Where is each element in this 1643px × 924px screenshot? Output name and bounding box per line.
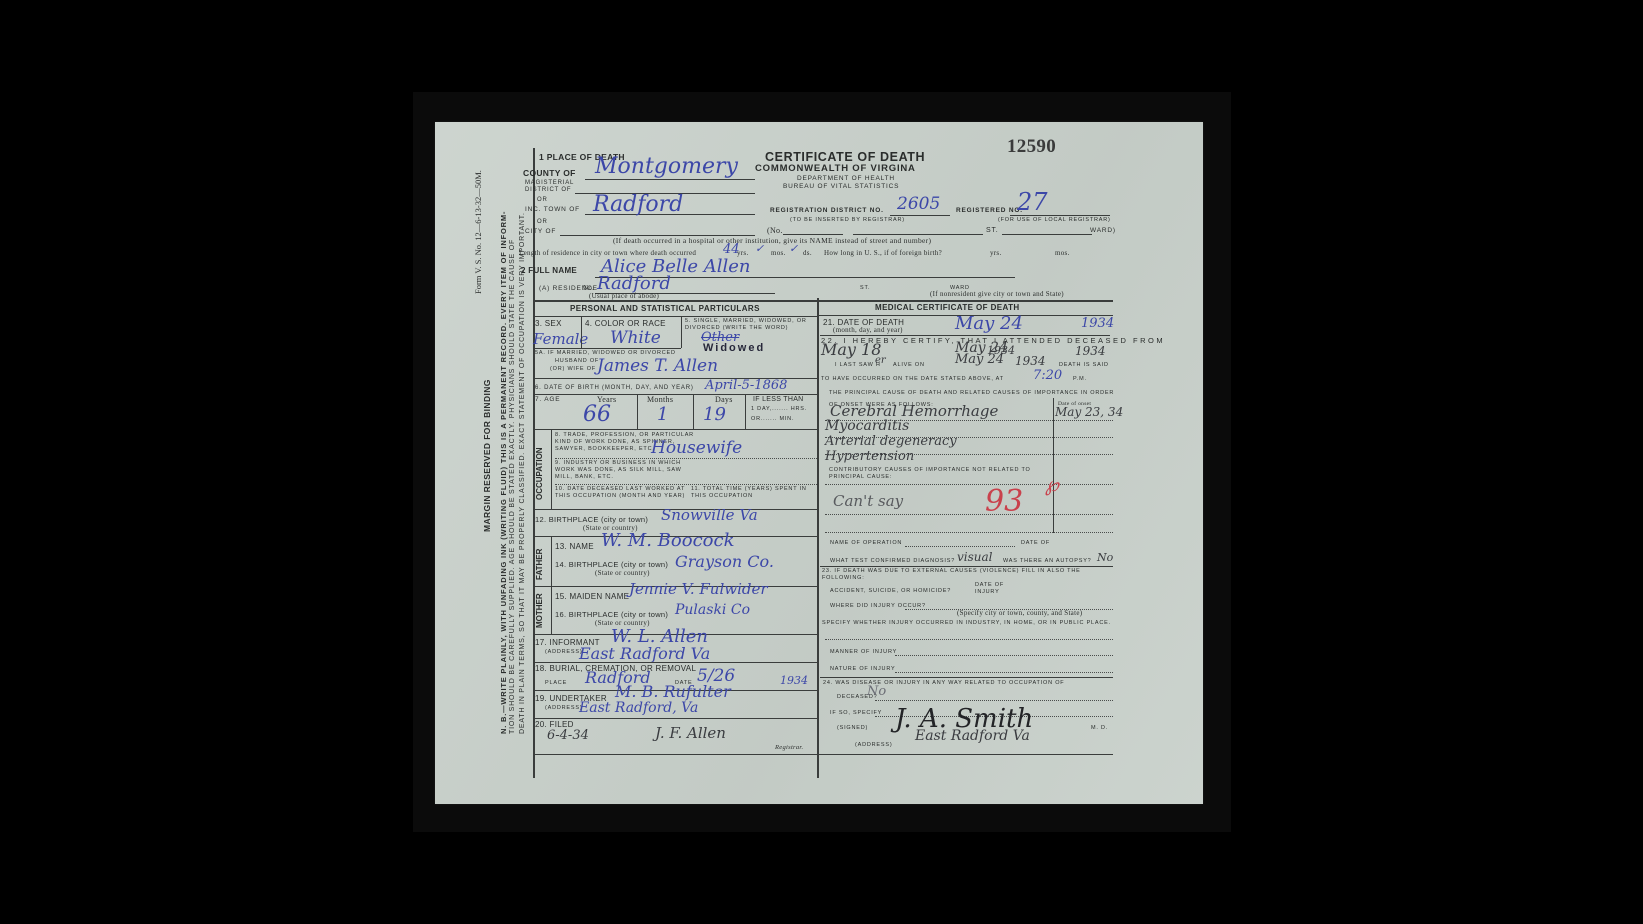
- father-name-value: W. M. Boocock: [601, 530, 734, 551]
- death-certificate: Form V. S. No. 12—6-13-32—50M. MARGIN RE…: [435, 122, 1203, 804]
- county-value: Montgomery: [595, 154, 738, 179]
- registrar-signature: J. F. Allen: [655, 724, 726, 742]
- full-name-label: 2 FULL NAME: [521, 266, 577, 275]
- medical-header: MEDICAL CERTIFICATE OF DEATH: [875, 303, 1020, 312]
- year-of-death-value: 1934: [1081, 316, 1114, 331]
- instructions-line-3: DEATH IN PLAIN TERMS, SO THAT IT MAY BE …: [519, 212, 526, 734]
- undertaker-value: M. B. Rufulter: [615, 682, 731, 701]
- mother-name-value: Jennie V. Fulwider: [629, 580, 768, 598]
- physician-address: East Radford Va: [915, 728, 1030, 744]
- onset-date: May 23, 34: [1055, 405, 1123, 419]
- mother-side-label: MOTHER: [535, 593, 544, 628]
- personal-header: PERSONAL AND STATISTICAL PARTICULARS: [570, 304, 760, 313]
- occupation-side-label: OCCUPATION: [535, 447, 544, 500]
- residence-value: Radford: [597, 273, 671, 294]
- cause-2: Myocarditis: [825, 418, 909, 434]
- birthplace-value: Snowville Va: [661, 506, 758, 524]
- inc-town-value: Radford: [593, 192, 683, 217]
- hospital-note: (If death occurred in a hospital or othe…: [613, 236, 931, 245]
- last-saw-value: May 24: [955, 352, 1004, 367]
- certificate-title: CERTIFICATE OF DEATH: [765, 150, 925, 164]
- red-mark: ℘: [1045, 472, 1059, 496]
- form-number: Form V. S. No. 12—6-13-32—50M.: [473, 170, 483, 294]
- instructions-line-1: N. B.—WRITE PLAINLY, WITH UNFADING INK (…: [499, 211, 508, 734]
- dob-value: April-5-1868: [705, 378, 787, 393]
- father-birthplace-value: Grayson Co.: [675, 552, 774, 571]
- date-of-death-value: May 24: [955, 313, 1023, 334]
- race-value: White: [610, 328, 661, 348]
- registration-district-value: 2605: [897, 194, 940, 214]
- margin-note: MARGIN RESERVED FOR BINDING: [482, 379, 492, 532]
- marital-status-value: Widowed: [703, 342, 765, 354]
- informant-address-value: East Radford Va: [579, 644, 710, 663]
- time-of-death-value: 7:20: [1033, 368, 1062, 383]
- cause-3: Arterial degeneracy: [825, 434, 957, 449]
- certificate-subtitle: COMMONWEALTH OF VIRGINA: [755, 163, 916, 174]
- instructions-line-2: TION SHOULD BE CAREFULLY SUPPLIED. AGE S…: [509, 239, 516, 734]
- spouse-value: James T. Allen: [597, 356, 718, 376]
- age-months: 1: [657, 404, 668, 425]
- contributory-value: Can't say: [833, 492, 903, 510]
- county-label: COUNTY OF: [523, 168, 576, 178]
- undertaker-address-value: East Radford, Va: [579, 700, 698, 716]
- certificate-number: 12590: [1007, 136, 1056, 158]
- trade-value: Housewife: [651, 438, 742, 458]
- test-value: visual: [957, 550, 993, 564]
- father-side-label: FATHER: [535, 549, 544, 580]
- cause-4: Hypertension: [825, 449, 914, 464]
- age-days: 19: [703, 404, 726, 425]
- department: DEPARTMENT OF HEALTH: [797, 175, 895, 182]
- filed-value: 6-4-34: [547, 728, 589, 743]
- registered-no-value: 27: [1017, 188, 1048, 216]
- occupation-related-value: No: [867, 684, 886, 699]
- autopsy-value: No: [1097, 551, 1113, 564]
- center-divider: [817, 298, 819, 778]
- bureau: BUREAU OF VITAL STATISTICS: [783, 183, 899, 190]
- age-years: 66: [583, 402, 611, 427]
- mother-birthplace-value: Pulaski Co: [675, 602, 750, 618]
- attended-from-value: May 18: [821, 340, 881, 359]
